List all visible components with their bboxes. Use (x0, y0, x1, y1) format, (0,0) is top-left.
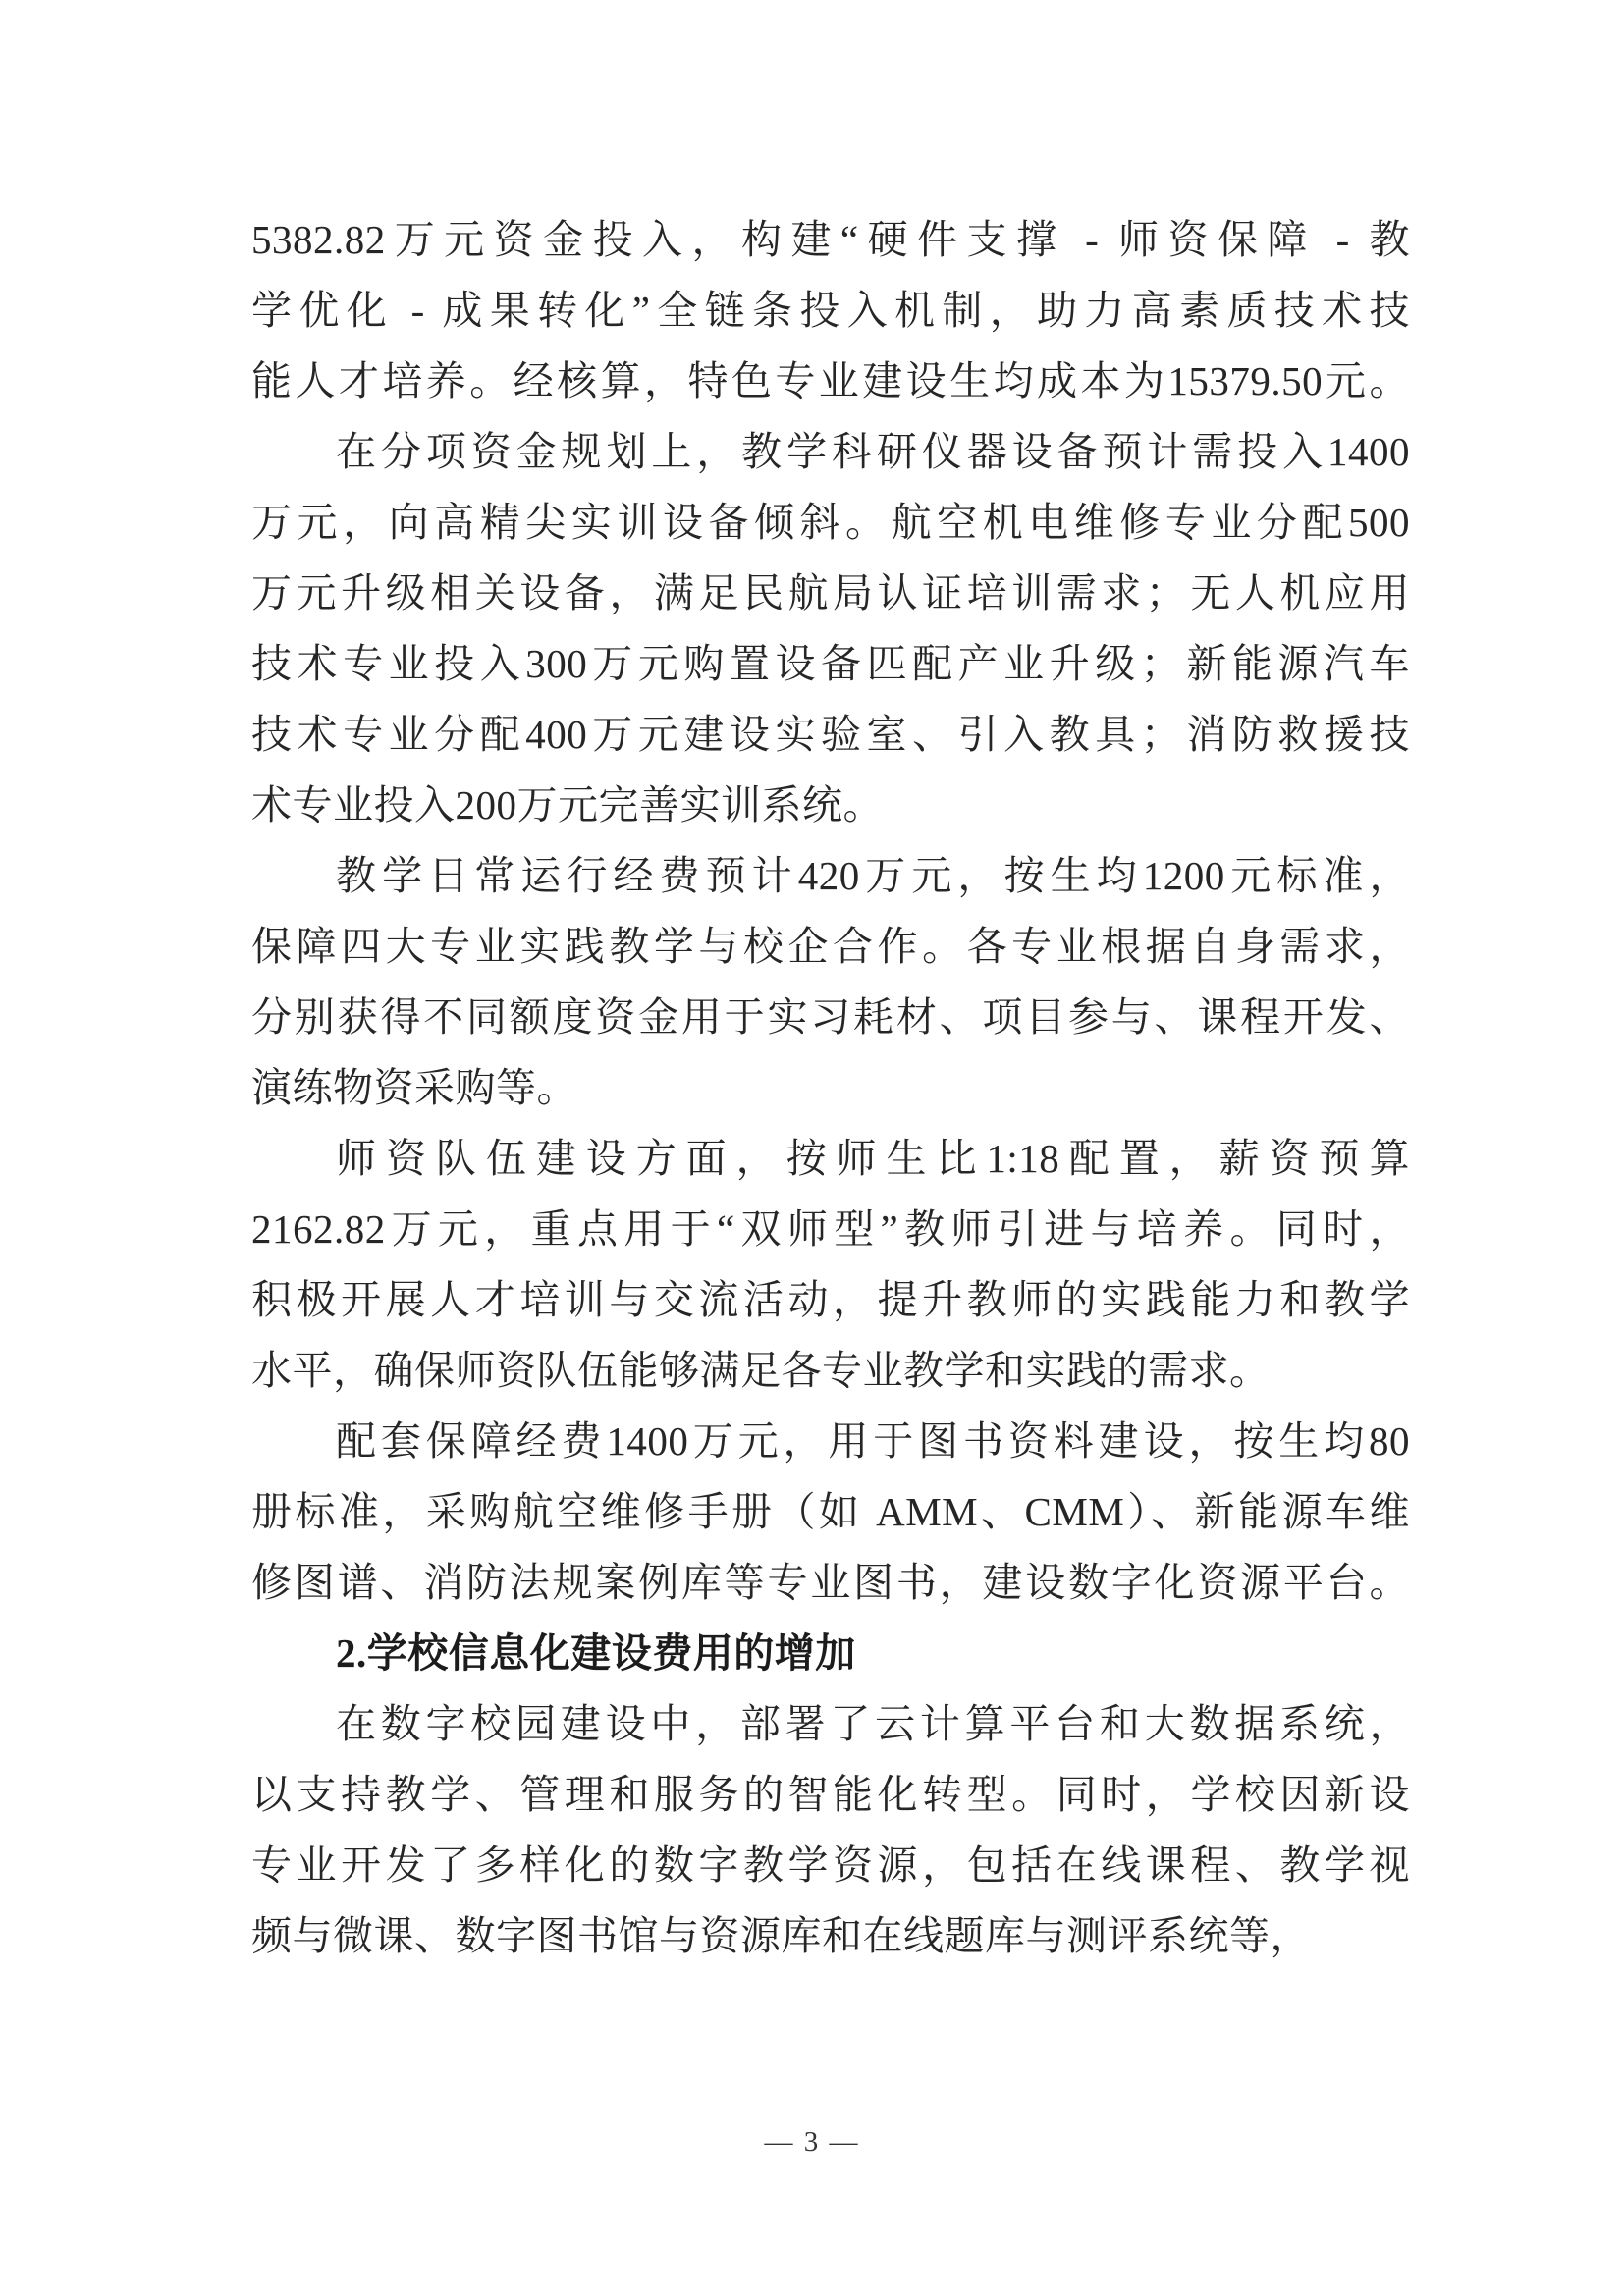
body-line: 以支持教学、管理和服务的智能化转型。同时，学校因新设 (251, 1759, 1410, 1830)
page-number: — 3 — (0, 2122, 1624, 2162)
body-line: 技术专业分配400万元建设实验室、引入教具；消防救援技 (251, 699, 1410, 770)
body-line: 修图谱、消防法规案例库等专业图书，建设数字化资源平台。 (251, 1547, 1410, 1618)
body-line: 专业开发了多样化的数字教学资源，包括在线课程、教学视 (251, 1830, 1410, 1900)
body-line: 技术专业投入300万元购置设备匹配产业升级；新能源汽车 (251, 628, 1410, 699)
body-line: 保障四大专业实践教学与校企合作。各专业根据自身需求， (251, 911, 1410, 982)
body-line: 水平，确保师资队伍能够满足各专业教学和实践的需求。 (251, 1335, 1410, 1406)
body-line: 师资队伍建设方面，按师生比1:18配置，薪资预算 (251, 1123, 1410, 1194)
body-line: 万元升级相关设备，满足民航局认证培训需求；无人机应用 (251, 558, 1410, 628)
body-line: 在分项资金规划上，教学科研仪器设备预计需投入1400 (251, 416, 1410, 487)
body-line: 配套保障经费1400万元，用于图书资料建设，按生均80 (251, 1406, 1410, 1476)
body-line: 2162.82万元，重点用于“双师型”教师引进与培养。同时， (251, 1194, 1410, 1264)
body-line: 频与微课、数字图书馆与资源库和在线题库与测评系统等， (251, 1900, 1410, 1971)
body-line: 在数字校园建设中，部署了云计算平台和大数据系统， (251, 1688, 1410, 1759)
body-line: 演练物资采购等。 (251, 1052, 1410, 1123)
body-line: 分别获得不同额度资金用于实习耗材、项目参与、课程开发、 (251, 982, 1410, 1052)
body-line: 积极开展人才培训与交流活动，提升教师的实践能力和教学 (251, 1264, 1410, 1335)
body-line: 术专业投入200万元完善实训系统。 (251, 770, 1410, 840)
body-line: 册标准，采购航空维修手册（如 AMM、CMM）、新能源车维 (251, 1476, 1410, 1547)
document-page: 5382.82万元资金投入，构建“硬件支撑 - 师资保障 - 教 学优化 - 成… (0, 0, 1624, 2296)
document-body: 5382.82万元资金投入，构建“硬件支撑 - 师资保障 - 教 学优化 - 成… (251, 204, 1410, 1971)
body-line: 5382.82万元资金投入，构建“硬件支撑 - 师资保障 - 教 (251, 204, 1410, 275)
body-line: 万元，向高精尖实训设备倾斜。航空机电维修专业分配500 (251, 487, 1410, 558)
body-line: 学优化 - 成果转化”全链条投入机制，助力高素质技术技 (251, 275, 1410, 346)
body-line: 能人才培养。经核算，特色专业建设生均成本为15379.50元。 (251, 346, 1410, 416)
body-line: 教学日常运行经费预计420万元，按生均1200元标准， (251, 840, 1410, 911)
section-heading: 2.学校信息化建设费用的增加 (251, 1618, 1410, 1688)
